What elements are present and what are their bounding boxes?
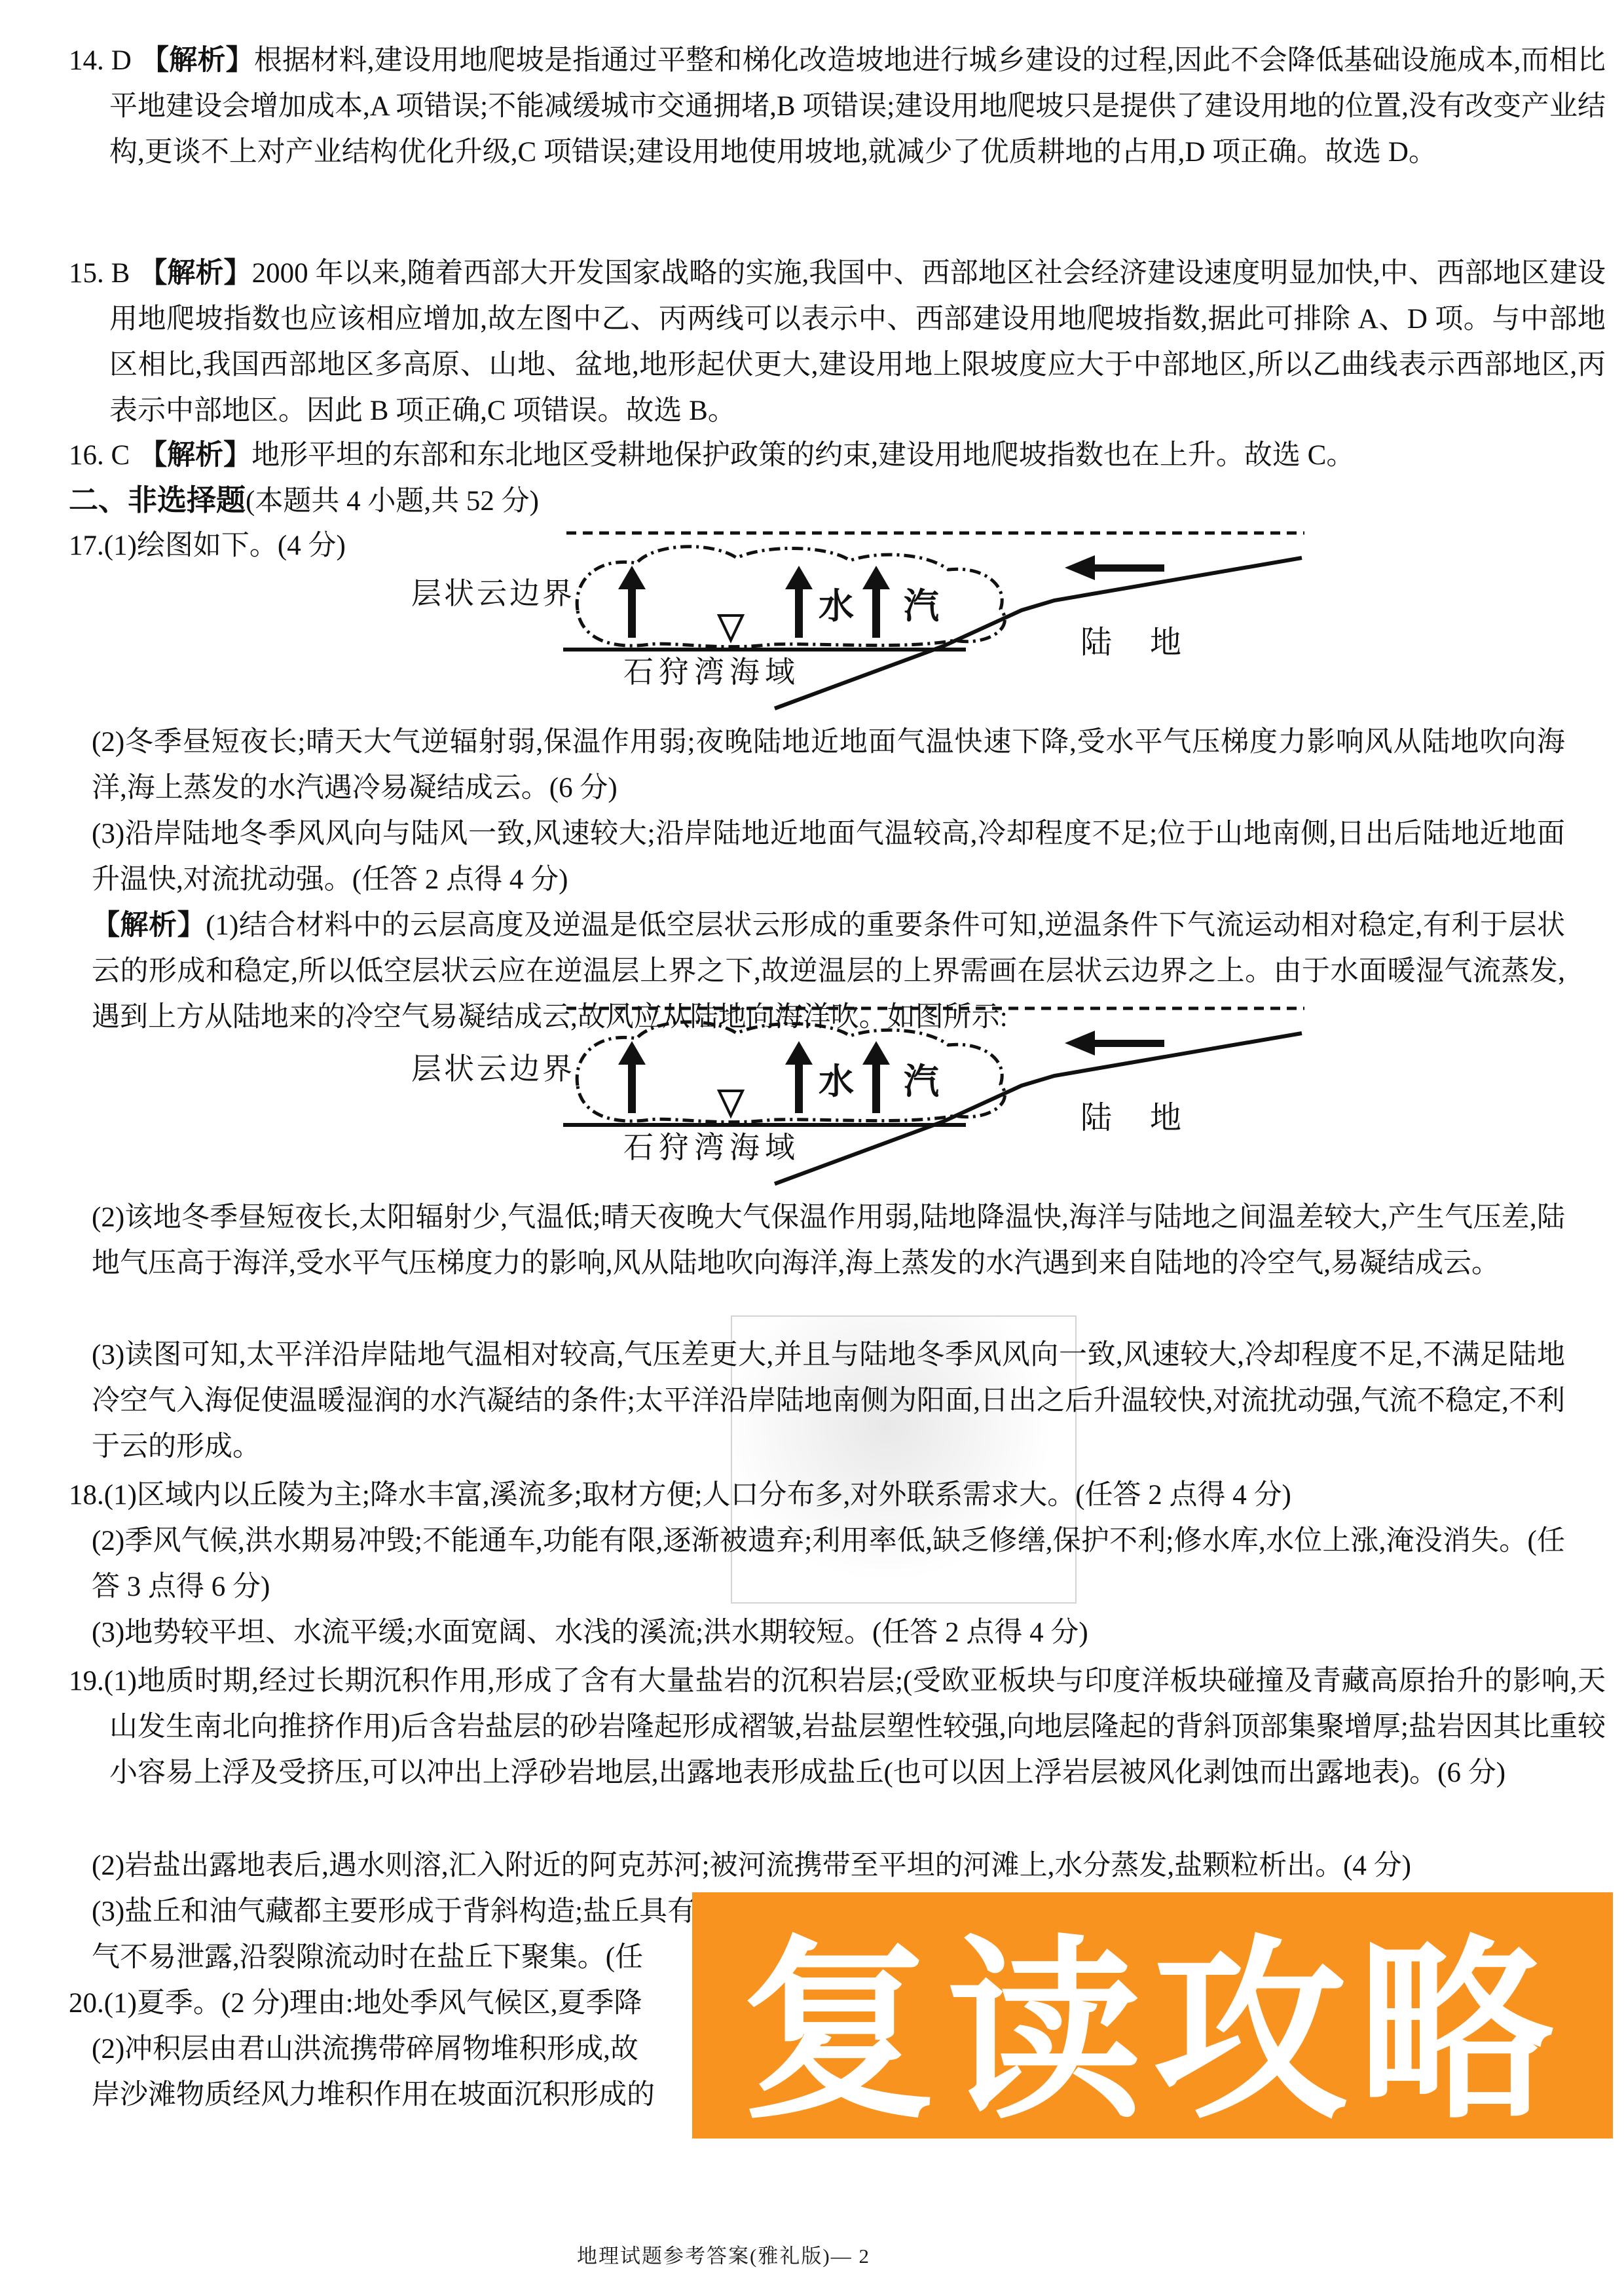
analysis-label: 【解析】 (139, 440, 251, 471)
cloud-base-triangle-marker (719, 615, 743, 640)
exam-answer-page: { "banner": { "text": "复读攻略", "color": "… (0, 0, 1624, 2295)
section-title: 二、非选择题 (69, 484, 246, 517)
vapor-arrow (785, 1041, 813, 1113)
analysis-label: 【解析】 (141, 45, 254, 76)
stratus-cloud-outline (577, 547, 1005, 647)
analysis-label: 【解析】 (139, 258, 251, 289)
cloud-boundary-label: 层状云边界 (411, 1052, 575, 1086)
vapor-label-char1: 水 (819, 1062, 854, 1101)
answer-16: 16. C【解析】地形平坦的东部和东北地区受耕地保护政策的约束,建设用地爬坡指数… (69, 433, 1606, 479)
answer-19-1: 19.(1)地质时期,经过长期沉积作用,形成了含有大量盐岩的沉积岩层;(受欧亚板… (69, 1659, 1606, 1796)
answer-18-2: (2)季风气候,洪水期易冲毁;不能通车,功能有限,逐渐被遗弃;利用率低,缺乏修缮… (92, 1518, 1565, 1610)
answer-17-analysis-2: (2)该地冬季昼短夜长,太阳辐射少,气温低;晴天夜晚大气保温作用弱,陆地降温快,… (92, 1195, 1565, 1287)
cloud-boundary-label: 层状云边界 (411, 577, 575, 610)
answer-18-1: 18.(1)区域内以丘陵为主;降水丰富,溪流多;取材方便;人口分布多,对外联系需… (69, 1473, 1606, 1518)
page-footer: 地理试题参考答案(雅礼版)— 2 (0, 2239, 1447, 2269)
answer-17-intro: 17.(1)绘图如下。(4 分) (69, 523, 346, 569)
cloud-base-triangle-marker (719, 1091, 743, 1116)
vapor-arrow (785, 566, 813, 638)
answer-18-3: (3)地势较平坦、水流平缓;水面宽阔、水浅的溪流;洪水期较短。(任答 2 点得 … (92, 1610, 1565, 1656)
answer-text: 2000 年以来,随着西部大开发国家战略的实施,我国中、西部地区社会经济建设速度… (109, 258, 1606, 426)
vapor-arrow (862, 1041, 890, 1113)
vapor-arrow (618, 566, 646, 638)
answer-text: 根据材料,建设用地爬坡是指通过平整和梯化改造坡地进行城乡建设的过程,因此不会降低… (109, 45, 1606, 168)
answer-17-3: (3)沿岸陆地冬季风风向与陆风一致,风速较大;沿岸陆地近地面气温较高,冷却程度不… (92, 811, 1565, 903)
answer-14: 14. D【解析】根据材料,建设用地爬坡是指通过平整和梯化改造坡地进行城乡建设的… (69, 38, 1606, 175)
answer-15: 15. B【解析】2000 年以来,随着西部大开发国家战略的实施,我国中、西部地… (69, 251, 1606, 434)
vapor-arrow (862, 566, 890, 638)
wind-direction-left-arrow-icon (1065, 1031, 1164, 1056)
answer-19-2: (2)岩盐出露地表后,遇水则溶,汇入附近的阿克苏河;被河流携带至平坦的河滩上,水… (92, 1843, 1565, 1889)
wind-direction-left-arrow-icon (1065, 555, 1164, 580)
vapor-label-char1: 水 (819, 587, 854, 626)
land-slope-line (775, 558, 1302, 708)
stratus-cloud-outline (577, 1022, 1005, 1122)
analysis-label: 【解析】 (92, 910, 206, 941)
vapor-label-char2: 汽 (904, 587, 939, 626)
answer-number: 16. C (69, 440, 130, 471)
sea-area-label: 石狩湾海域 (623, 655, 800, 689)
land-label: 陆地 (1080, 625, 1219, 660)
land-label: 陆地 (1080, 1101, 1219, 1135)
land-slope-line (775, 1033, 1302, 1184)
promo-banner: 复读攻略 (692, 1892, 1613, 2139)
answer-diagram-2: 层状云边界 水 汽 石狩湾海域 陆地 (406, 987, 1356, 1203)
answer-number: 15. B (69, 258, 130, 289)
sea-area-label: 石狩湾海域 (623, 1131, 800, 1164)
answer-17-2: (2)冬季昼短夜长;晴天大气逆辐射弱,保温作用弱;夜晚陆地近地面气温快速下降,受… (92, 720, 1565, 811)
answer-text: 地形平坦的东部和东北地区受耕地保护政策的约束,建设用地爬坡指数也在上升。故选 C… (251, 440, 1354, 471)
answer-diagram-1: 层状云边界 水 汽 石狩湾海域 陆地 (406, 512, 1356, 728)
vapor-arrow (618, 1041, 646, 1113)
answer-20-1: 20.(1)夏季。(2 分)理由:地处季风气候区,夏季降 (69, 1981, 642, 2027)
answer-17-analysis-3: (3)读图可知,太平洋沿岸陆地气温相对较高,气压差更大,并且与陆地冬季风风向一致… (92, 1332, 1565, 1470)
answer-20-2-line2: 岸沙滩物质经风力堆积作用在坡面沉积形成的 (92, 2072, 655, 2118)
answer-number: 14. D (69, 45, 132, 76)
answer-19-3-line2: 气不易泄露,沿裂隙流动时在盐丘下聚集。(任 (92, 1935, 643, 1981)
vapor-label-char2: 汽 (904, 1062, 939, 1101)
answer-20-2-line1: (2)冲积层由君山洪流携带碎屑物堆积形成,故 (92, 2027, 638, 2072)
